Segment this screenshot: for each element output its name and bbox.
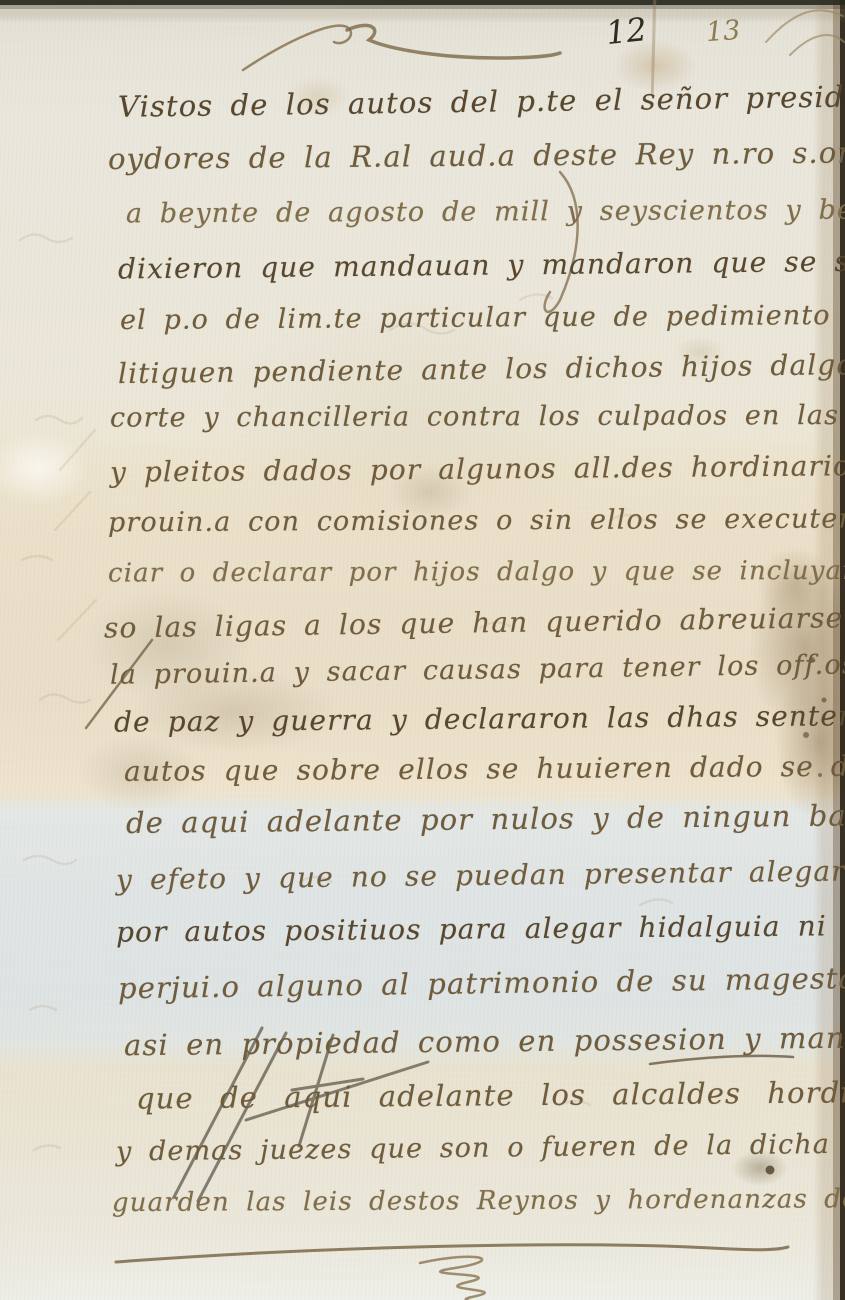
ink-blot	[766, 1166, 775, 1175]
manuscript-line: autos que sobre ellos se huuieren dado s…	[124, 749, 845, 788]
manuscript-line: prouin.a con comisiones o sin ellos se e…	[108, 503, 845, 539]
manuscript-line: el p.o de lim.te particular que de pedim…	[120, 299, 845, 336]
manuscript-line: y demas juezes que son o fueren de la di…	[116, 1128, 845, 1168]
manuscript-line: dixieron que mandauan y mandaron que se …	[118, 244, 845, 286]
manuscript-line: litiguen pendiente ante los dichos hijos…	[118, 347, 845, 390]
manuscript-line: so las ligas a los que han querido abreu…	[104, 600, 845, 644]
paper-crease	[651, 0, 656, 94]
manuscript-line: que de aqui adelante los alcaldes hordin…	[136, 1074, 845, 1115]
manuscript-line: de aqui adelante por nulos y de ningun b…	[126, 798, 845, 840]
closing-rule-flourish	[116, 1245, 788, 1300]
manuscript-line: Vistos de los autos del p.te el señor pr…	[118, 78, 845, 124]
folio-number-light: 13	[705, 15, 741, 48]
manuscript-line: y efeto y que no se puedan presentar ale…	[116, 853, 845, 897]
manuscript-line: de paz y guerra y declararon las dhas se…	[114, 698, 845, 738]
manuscript-line: guarden las leis destos Reynos y hordena…	[112, 1184, 845, 1218]
underline-mark	[650, 1056, 793, 1064]
manuscript-line: la prouin.a y sacar causas para tener lo…	[110, 648, 845, 691]
manuscript-line: perjui.o alguno al patrimonio de su mage…	[118, 961, 845, 1006]
opening-flourish	[243, 25, 560, 70]
manuscript-line: oydores de la R.al aud.a deste Rey n.ro …	[108, 134, 845, 176]
manuscript-line: por autos positiuos para alegar hidalgui…	[116, 908, 845, 948]
descender-loop-flourish	[545, 172, 578, 312]
corner-scribble	[766, 10, 844, 55]
manuscript-page: 12 13 Vistos de los autos del p.te el se…	[0, 0, 845, 1300]
manuscript-line: ciar o declarar por hijos dalgo y que se…	[108, 556, 845, 589]
manuscript-line: a beynte de agosto de mill y seyscientos…	[126, 194, 845, 230]
manuscript-line: corte y chancilleria contra los culpados…	[110, 399, 845, 433]
manuscript-line: y pleitos dados por algunos all.des hord…	[110, 448, 845, 488]
manuscript-line: asi en propiedad como en possesion y man…	[124, 1020, 845, 1063]
folio-number-dark: 12	[604, 10, 648, 52]
